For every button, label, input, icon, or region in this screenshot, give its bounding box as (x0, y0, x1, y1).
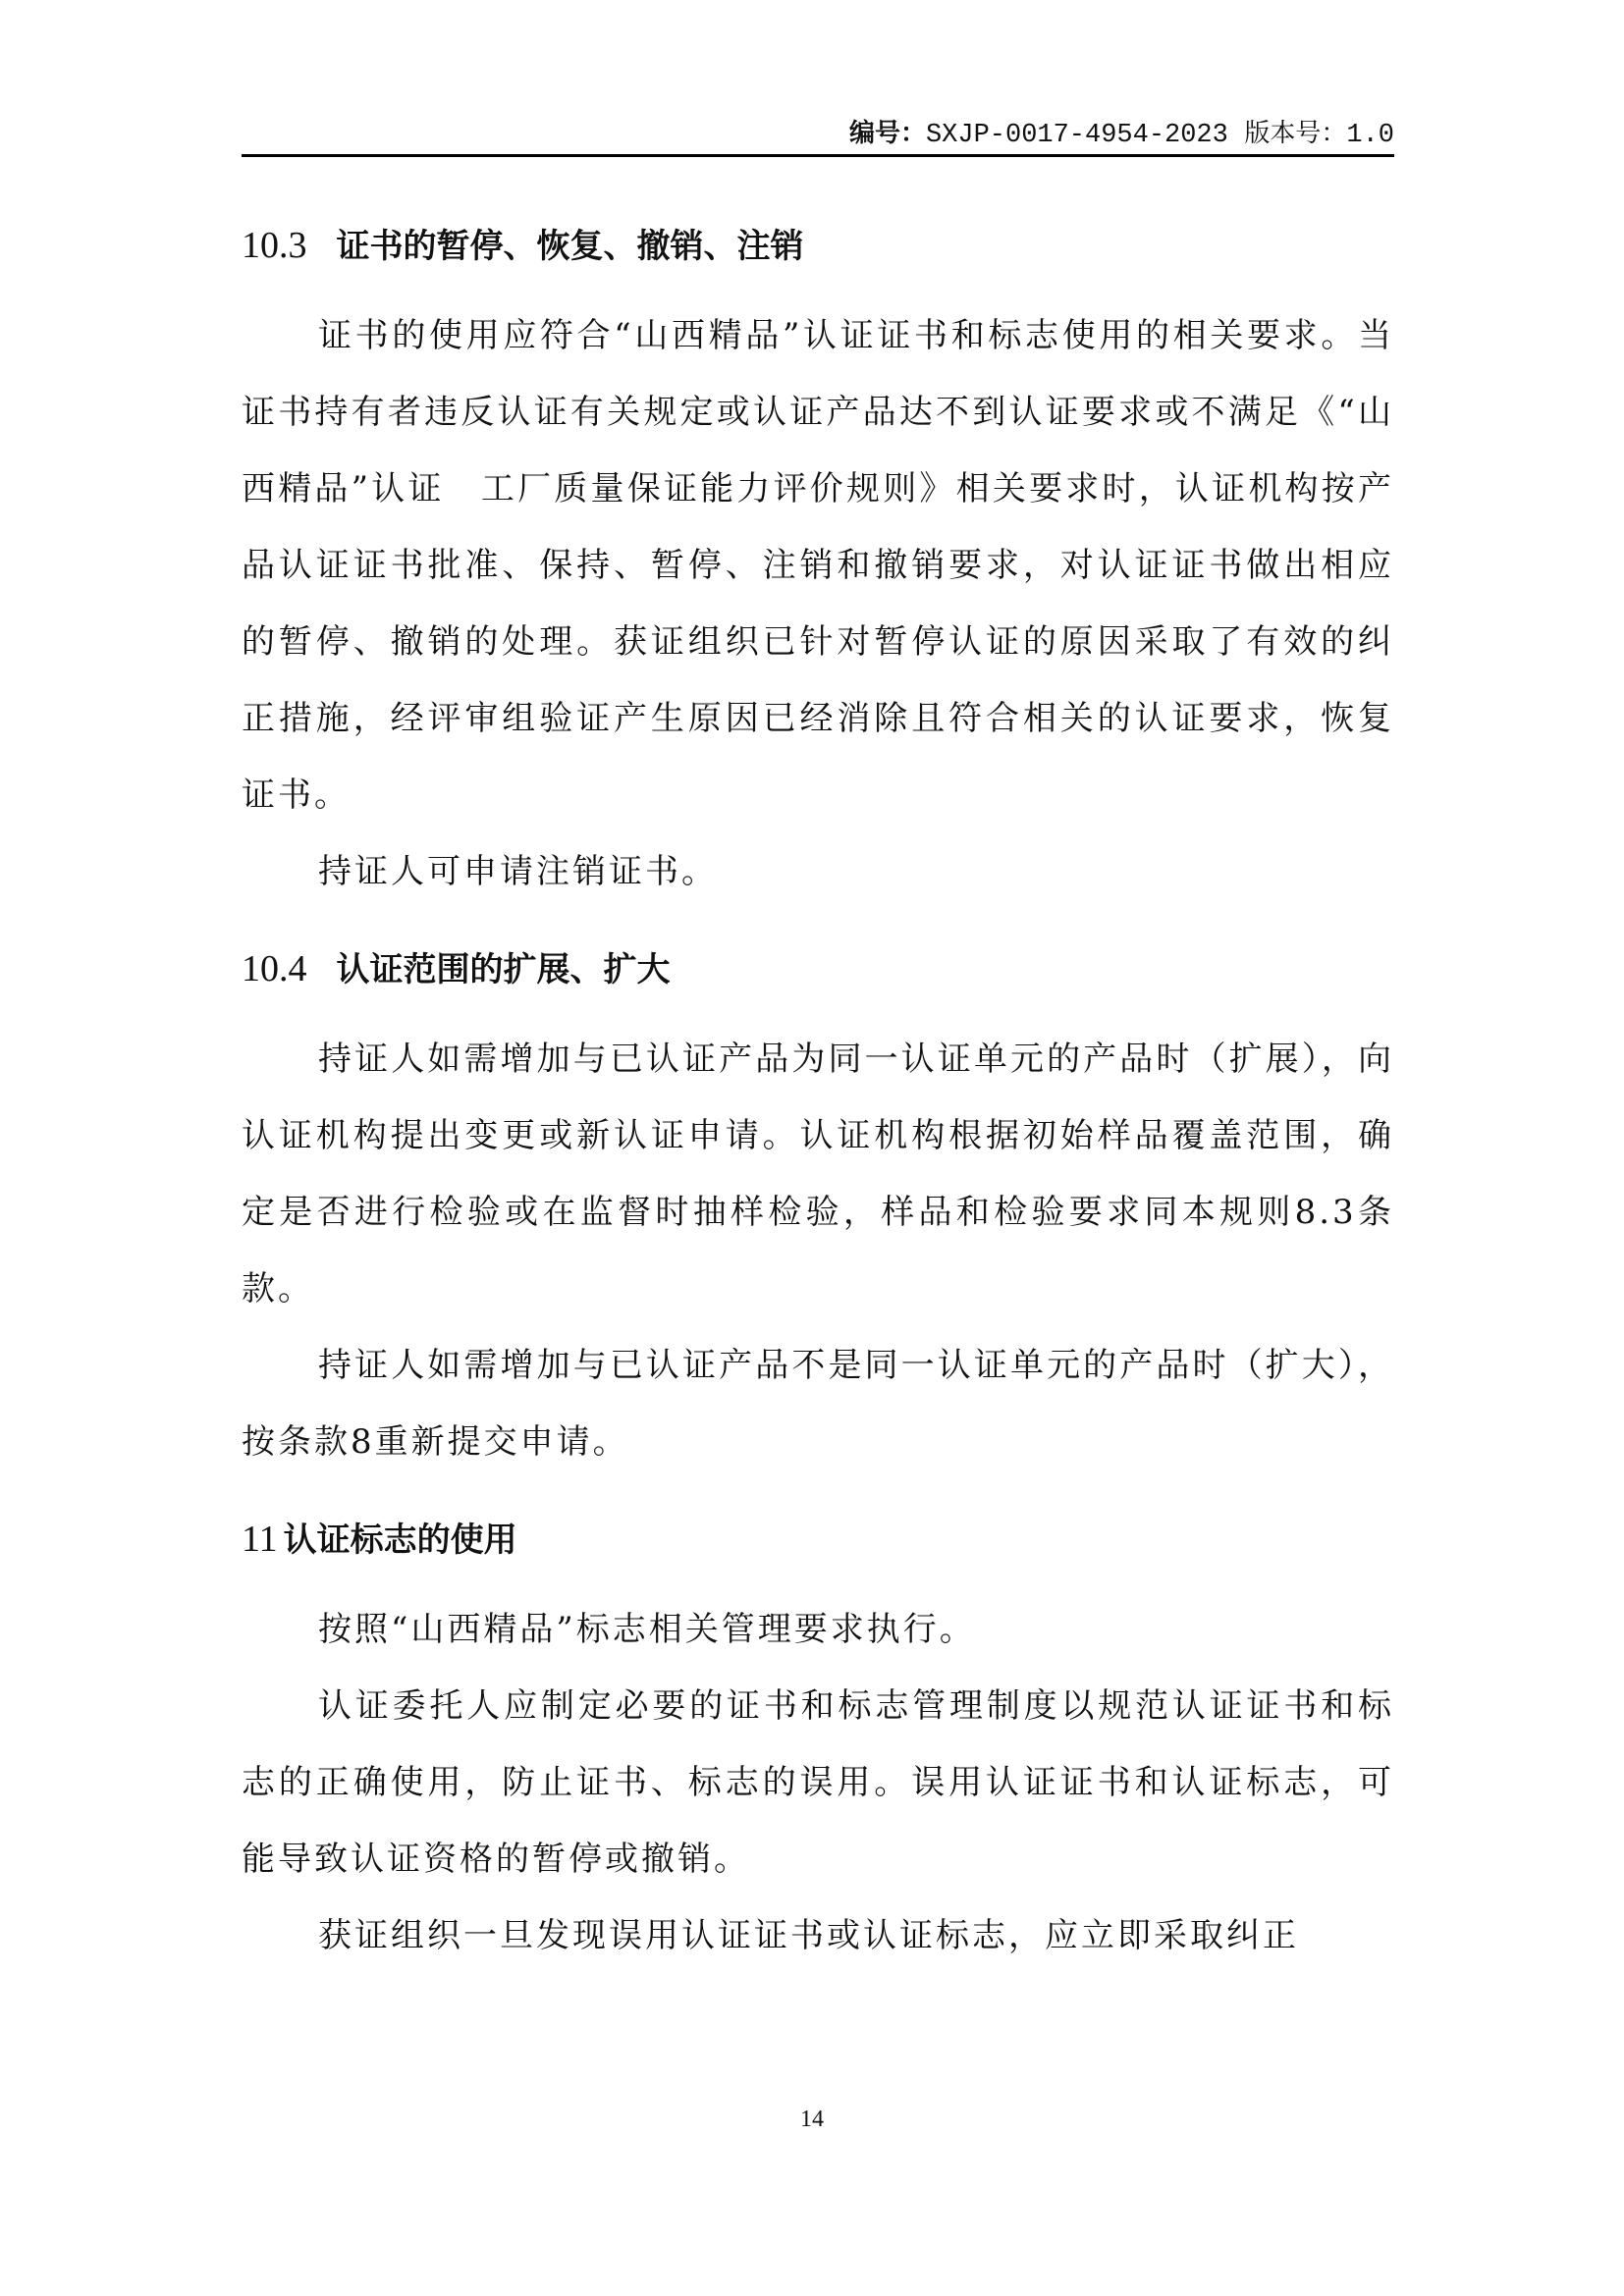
paragraph: 持证人如需增加与已认证产品为同一认证单元的产品时（扩展），向认证机构提出变更或新… (242, 1021, 1394, 1327)
section-heading: 10.4认证范围的扩展、扩大 (242, 930, 1394, 1009)
document-header: 编号：SXJP-0017-4954-2023 版本号：1.0 (242, 114, 1394, 153)
document-code-value: SXJP-0017-4954-2023 (926, 121, 1228, 150)
section-heading: 10.3证书的暂停、恢复、撤销、注销 (242, 206, 1394, 286)
header-rule (242, 154, 1394, 157)
version-label: 版本号： (1244, 119, 1346, 148)
paragraph: 按照“山西精品”标志相关管理要求执行。 (242, 1591, 1394, 1668)
section-title: 认证范围的扩展、扩大 (337, 950, 671, 989)
paragraph: 获证组织一旦发现误用认证证书或认证标志，应立即采取纠正 (242, 1897, 1394, 1974)
section-10-4: 10.4认证范围的扩展、扩大 持证人如需增加与已认证产品为同一认证单元的产品时（… (242, 930, 1394, 1480)
section-title: 认证标志的使用 (284, 1521, 517, 1560)
version-value: 1.0 (1346, 121, 1394, 150)
paragraph: 认证委托人应制定必要的证书和标志管理制度以规范认证证书和标志的正确使用，防止证书… (242, 1668, 1394, 1897)
paragraph: 证书的使用应符合“山西精品”认证证书和标志使用的相关要求。当证书持有者违反认证有… (242, 297, 1394, 833)
section-number: 10.4 (242, 948, 307, 989)
section-11: 11认证标志的使用 按照“山西精品”标志相关管理要求执行。 认证委托人应制定必要… (242, 1500, 1394, 1974)
section-title: 证书的暂停、恢复、撤销、注销 (337, 227, 804, 266)
section-number: 11 (242, 1519, 278, 1560)
paragraph: 持证人如需增加与已认证产品不是同一认证单元的产品时（扩大），按条款8重新提交申请… (242, 1327, 1394, 1480)
section-number: 10.3 (242, 225, 307, 266)
document-body: 10.3证书的暂停、恢复、撤销、注销 证书的使用应符合“山西精品”认证证书和标志… (242, 206, 1394, 1974)
page-number: 14 (0, 2107, 1624, 2133)
section-10-3: 10.3证书的暂停、恢复、撤销、注销 证书的使用应符合“山西精品”认证证书和标志… (242, 206, 1394, 910)
section-heading: 11认证标志的使用 (242, 1500, 1394, 1579)
paragraph: 持证人可申请注销证书。 (242, 833, 1394, 910)
document-code-label: 编号： (849, 119, 926, 148)
